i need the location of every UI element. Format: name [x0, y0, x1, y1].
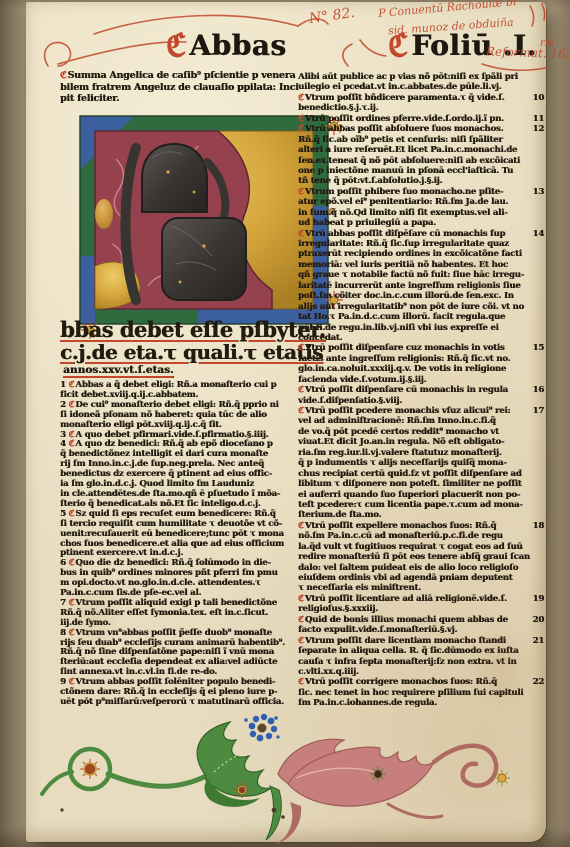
text-line: facienda vide.ſ.votum.ij.§.iij. — [298, 375, 540, 385]
text-line: memoriā: vel iuris peritiā nõ habentes. … — [298, 260, 540, 270]
text-line: religioſus.§.xxxiij. — [298, 604, 540, 614]
text-line: ei auferri quando ſuo ſuperiori placueri… — [298, 490, 540, 500]
paragraph-number: 16 — [533, 385, 544, 395]
left-text-column: 1 ℭAbbas a q̃ debet eligi: Rñ.a monaſter… — [60, 381, 304, 708]
flower-red-gold-icon — [80, 759, 100, 779]
red-pilcrow-icon: ℭ — [68, 380, 74, 390]
book-page: ℭAbbas ℭFoliū .I. ℭSumma Angelica de caſ… — [26, 2, 546, 842]
text-line: atur epõ.vel ei⁹ penitentiario: Rñ.ſm Ja… — [298, 197, 540, 207]
paragraph-number: 15 — [533, 343, 544, 353]
floral-border-illumination — [38, 712, 530, 844]
text-line: vide.ſ.diſpenſatio.§.viij. — [298, 396, 540, 406]
text-line: ℭVtrū poſſit ordines pferre.vide.ſ.ordo.… — [298, 114, 540, 124]
text-line: ℭVtrum poſſit dare licentiam monacho ſta… — [298, 636, 540, 646]
text-line: ſic. nec tenet in hoc requirere pſilium … — [298, 688, 540, 698]
text-line: tñ tene q̃ pōt:vt.ſ.abſolutio.j.§.ij. — [298, 176, 540, 186]
text-line: one p iniectõne manuū in pſonā eccl'iaſt… — [298, 166, 540, 176]
text-line: ℭVtrū abbas poſſit abſoluere ſuos monach… — [298, 124, 540, 134]
red-pilcrow-icon: ℭ — [298, 677, 304, 687]
red-pilcrow-icon: ℭ — [298, 93, 304, 103]
pink-acanthus-leaf — [276, 739, 496, 844]
red-pilcrow-icon: ℭ — [298, 343, 304, 353]
photo-background: ℭAbbas ℭFoliū .I. ℭSumma Angelica de caſ… — [0, 0, 570, 847]
text-line: redire monaſteriū ſi pōt eos tenere abſq… — [298, 552, 540, 562]
text-line: ſterium.de ſta.mo. — [298, 510, 540, 520]
text-line: uenit:recuſauerit eū benedicere;tunc pōt… — [60, 530, 304, 540]
text-line: cauſa τ infra ſepta monaſterij:ſz non ex… — [298, 657, 540, 667]
text-line: ℭVtrū poſſit corrigere monachos ſuos: Rñ… — [298, 677, 540, 687]
text-line: irregularitate: Rñ.q̃ ſic.ſup irregulari… — [298, 239, 540, 249]
text-line: viuat.Et dicit Jo.an.in regula. Nõ eſt o… — [298, 437, 540, 447]
paragraph-number: 21 — [533, 636, 544, 646]
text-line: ℭVtrum poſſit bñdicere paramenta.τ q̃ vi… — [298, 93, 540, 103]
red-pilcrow-icon: ℭ — [68, 509, 74, 519]
paragraph-number: 20 — [533, 615, 544, 625]
red-pilcrow-icon: ℭ — [298, 385, 304, 395]
red-pilcrow-icon: ℭ — [298, 594, 304, 604]
text-line: ℭVtrū poſſit diſpenſare cū monachis in r… — [298, 385, 540, 395]
flower-blue-icon — [244, 714, 279, 742]
text-line: q̃ p indumentis τ alijs neceſſarijs quiſ… — [298, 458, 540, 468]
section-heading: bbas debet eſſe pſbyter. c.j.de eta.τ qu… — [60, 318, 325, 377]
text-line: uēt pōt p⁹miſſarū:veſperorū τ matutinarū… — [60, 698, 304, 708]
red-pilcrow-icon: ℭ — [68, 677, 74, 687]
red-pilcrow-icon: ℭ — [298, 114, 304, 124]
text-line: pit feliciter. — [60, 93, 298, 105]
text-line: facto expulit.vide.ſ.monaſteriū.§.vj. — [298, 625, 540, 635]
text-line: alteri a iure reſeruēt.Et licet Pa.in.c.… — [298, 145, 540, 155]
text-line: ℭVtrū poſſit diſpenſare cuz monachis in … — [298, 343, 540, 353]
paragraph-number: 12 — [533, 124, 544, 134]
red-pilcrow-icon: ℭ — [298, 124, 304, 134]
red-pilcrow-icon: ℭ — [298, 229, 304, 239]
text-line: eiuſdem ordinis vbi ad agendā pniam depu… — [298, 573, 540, 583]
ink-speck — [60, 808, 284, 819]
red-pilcrow-icon: ℭ — [298, 615, 304, 625]
text-line: la.q̃d vult vt fugitiuos requirat τ coga… — [298, 542, 540, 552]
section-heading-line2: c.j.de eta.τ quali.τ etatis — [60, 341, 325, 364]
text-line: ℭVtrū poſſit licentiare ad aliā religion… — [298, 594, 540, 604]
text-line: ſm Pa.in.c.iohannes.de regula. — [298, 698, 540, 708]
paragraph-number: 18 — [533, 521, 544, 531]
text-line: ℭVtrū poſſit pcedere monachis vſuz alicu… — [298, 406, 540, 416]
section-heading-line3: annos.xxv.vt.ſ.etas. — [63, 364, 325, 377]
green-acanthus-leaf — [197, 722, 281, 840]
section-heading-line1: bbas debet eſſe pſbyter. — [60, 318, 325, 341]
text-line: poſt.ſm cõiter doc.in.c.cum illorū.de ſe… — [298, 291, 540, 301]
red-pilcrow-icon: ℭ — [68, 628, 74, 638]
text-line: nõ.ſm Pa.in.c.cū ad monaſteriū.p.c.fi.de… — [298, 531, 540, 541]
text-line: qñ graue τ notabile factū nõ fuit: ſiue … — [298, 270, 540, 280]
red-pilcrow-icon: ℭ — [298, 636, 304, 646]
text-line: ℭVtrum poſſit phibere ſuo monacho.ne pſi… — [298, 187, 540, 197]
text-line: ſeparate in aliqua cella. R. q̃ ſic.dūmo… — [298, 646, 540, 656]
text-line: in ſum.q̃ nõ.Qd limito niſi ſit exemptus… — [298, 208, 540, 218]
text-line: chus recipiat certū quid.ſz vt poſſit di… — [298, 469, 540, 479]
right-text-column: Alibi aūt publice ac p vias nõ pōt:niſi … — [298, 72, 540, 709]
red-pilcrow-icon: ℭ — [68, 558, 74, 568]
text-line: alijs aūt irregularitatib⁹ non pōt de iu… — [298, 302, 540, 312]
text-line: glo.in.ca.noluit.xxxiij.q.v. De votis in… — [298, 364, 540, 374]
text-line: c.vlti.xx.q.iiij. — [298, 667, 540, 677]
text-line: Rñ.q̃ ſic.ab oĩb⁹ petis et cenſuris: niſ… — [298, 135, 540, 145]
text-line: ℭQuid de bonis illius monachi quem abbas… — [298, 615, 540, 625]
paragraph-number: 10 — [533, 93, 544, 103]
text-line: de vo.q̃ pōt pcedē certos reddit⁹ monach… — [298, 427, 540, 437]
paragraph-number: 13 — [533, 187, 544, 197]
red-pilcrow-icon: ℭ — [298, 187, 304, 197]
text-line: benedictio.§.j.τ.ij. — [298, 103, 540, 113]
text-line: dalo: vel ſaltem puideat eis de alio loc… — [298, 563, 540, 573]
text-line: ud habeat p priuilegiū a papa. — [298, 218, 540, 228]
paragraph-number: 17 — [533, 406, 544, 416]
text-line: vel ad adminiſtracionē: Rñ.ſm Inno.in.c.… — [298, 416, 540, 426]
text-line: ptraxerūt recipiendo ordines in excõicat… — [298, 249, 540, 259]
text-line: laritatē incurrerūt ante ingreſſum relig… — [298, 281, 540, 291]
text-line: teſt pcedere:τ cum licentia pape.τ.cum a… — [298, 500, 540, 510]
text-line: ℭVtrū abbas poſſit diſpēſare cū monachis… — [298, 229, 540, 239]
text-line: pōt.ſi.de regu.in.lib.vj.niſi vbi ius ex… — [298, 323, 540, 333]
red-pilcrow-icon: ℭ — [68, 439, 74, 449]
paragraph-number: 14 — [533, 229, 544, 239]
text-line: libitum τ diſponere non poteſt. ſimilite… — [298, 479, 540, 489]
paragraph-number: 11 — [533, 114, 544, 124]
red-pilcrow-icon: ℭ — [68, 400, 74, 410]
red-pilcrow-icon: ℭ — [68, 598, 74, 608]
text-line: τ neceſſaria eis miniſtrent. — [298, 583, 540, 593]
text-line: ſen.ex.teneat q̃ nõ pōt abſoluere:niſi a… — [298, 156, 540, 166]
text-line: factis ante ingreſſum religionis: Rñ.q̃ … — [298, 354, 540, 364]
text-line: concedat. — [298, 333, 540, 343]
text-line: ria.ſm reg.iur.li.vj.valere ſtatutuz mon… — [298, 448, 540, 458]
paragraph-number: 22 — [533, 677, 544, 687]
red-pilcrow-icon: ℭ — [298, 521, 304, 531]
paragraph-number: 19 — [533, 594, 544, 604]
red-pilcrow-icon: ℭ — [298, 406, 304, 416]
text-line: tat Ho.τ Pa.in.d.c.cum illorū. facit reg… — [298, 312, 540, 322]
text-line: ℭVtrū poſſit expellere monachos ſuos: Rñ… — [298, 521, 540, 531]
